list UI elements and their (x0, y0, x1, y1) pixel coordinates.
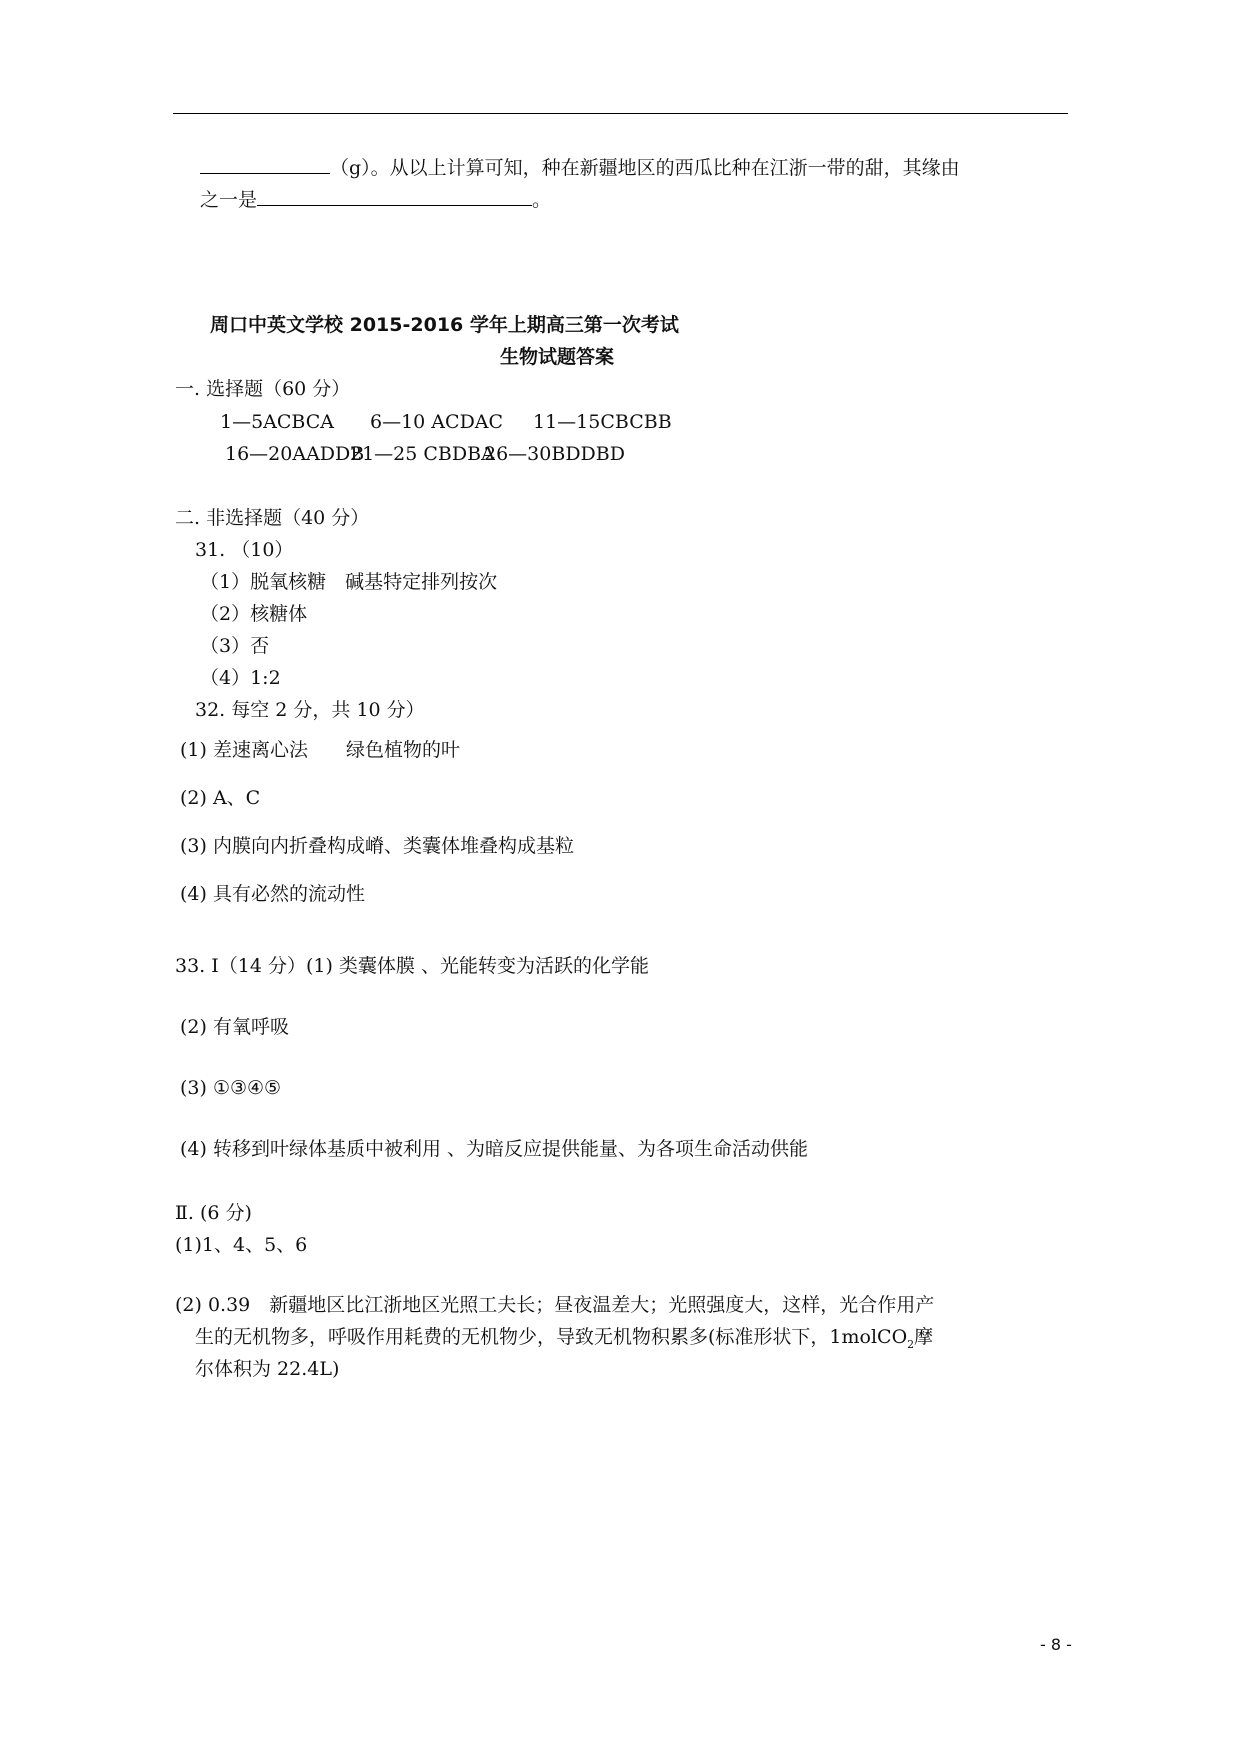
header-rule (173, 113, 1068, 114)
q33-part1: 33. Ⅰ（14 分）(1) 类囊体膜 、光能转变为活跃的化学能 (175, 954, 649, 978)
answer-blank (200, 155, 330, 174)
mc-answers-row2: 21—25 CBDBA (350, 442, 495, 466)
q32-answer: (4) 具有必然的流动性 (180, 882, 365, 906)
mc-answers-row1: 1—5ACBCA (220, 410, 334, 434)
mc-answers-row1: 6—10 ACDAC (370, 410, 503, 434)
q33-answer: (4) 转移到叶绿体基质中被利用 、为暗反应提供能量、为各项生命活动供能 (180, 1137, 808, 1161)
q33-part2-answer2-cont: 尔体积为 22.4L) (195, 1357, 339, 1381)
q33-answer: (3) ①③④⑤ (180, 1076, 281, 1100)
q33-part2-heading: Ⅱ. (6 分) (175, 1201, 252, 1225)
q33-answer: (2) 有氧呼吸 (180, 1015, 289, 1039)
section2-heading: 二. 非选择题（40 分） (175, 506, 369, 530)
q32-answer: (2) A、C (180, 786, 260, 810)
q31-answer: （1）脱氧核糖 碱基特定排列按次 (200, 570, 497, 594)
q31-answer: （4）1:2 (200, 666, 281, 690)
q33-part2-answer1: (1)1、4、5、6 (175, 1233, 307, 1257)
q32-answer: (1) 差速离心法 绿色植物的叶 (180, 738, 460, 762)
q31-answer: （3）否 (200, 634, 269, 658)
continuation-line-1: （g）。从以上计算可知，种在新疆地区的西瓜比种在江浙一带的甜，其缘由 (200, 155, 960, 180)
mc-answers-row1: 11—15CBCBB (533, 410, 672, 434)
q32-label: 32. 每空 2 分，共 10 分） (195, 698, 425, 722)
q32-answer: (3) 内膜向内折叠构成嵴、类囊体堆叠构成基粒 (180, 834, 574, 858)
section1-heading: 一. 选择题（60 分） (175, 377, 350, 401)
q31-answer: （2）核糖体 (200, 602, 307, 626)
mc-answers-row2: 16—20AADDB (225, 442, 364, 466)
doc-subtitle: 生物试题答案 (500, 345, 614, 369)
q33-part2-answer2-cont: 生的无机物多，呼吸作用耗费的无机物少，导致无机物积累多(标准形状下，1molCO… (195, 1325, 933, 1357)
page-number: - 8 - (1040, 1635, 1072, 1654)
q33-part2-answer2: (2) 0.39 新疆地区比江浙地区光照工夫长；昼夜温差大；光照强度大，这样，光… (175, 1293, 934, 1317)
doc-title: 周口中英文学校 2015-2016 学年上期高三第一次考试 (210, 313, 679, 337)
q31-label: 31. （10） (195, 538, 293, 562)
continuation-line-2: 之一是。 (200, 187, 551, 212)
mc-answers-row2: 26—30BDDBD (484, 442, 625, 466)
answer-blank (257, 187, 532, 206)
